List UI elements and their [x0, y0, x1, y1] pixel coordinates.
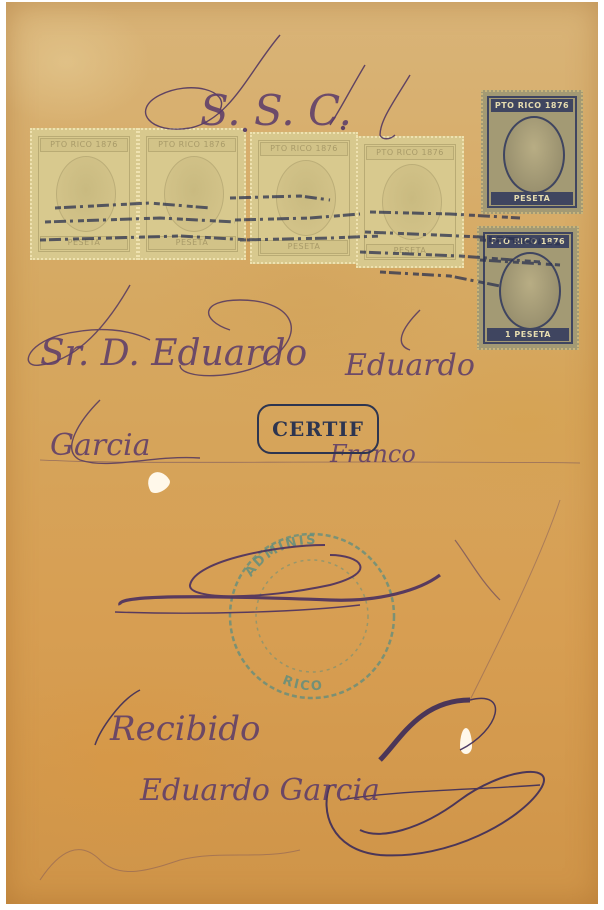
handwriting-top-mark [146, 35, 410, 139]
handwriting-addressee-line1: Eduardo [344, 348, 475, 383]
handwriting-receipt-line2: Eduardo Garcia [139, 773, 380, 808]
round-seal: ADMINIS RICO [230, 533, 394, 698]
handwriting-flourish [115, 540, 500, 613]
handwriting-addressee-line2: Garcia [50, 428, 150, 463]
svg-text:RICO: RICO [280, 673, 324, 694]
cancellation-bars [40, 196, 560, 286]
handwriting-receipt-line1: Recibido [109, 709, 261, 749]
ink-overlay: Eduardo Garcia Franco ADMINIS RICO Recib… [0, 0, 604, 910]
certificado-handstamp: CERTIF [257, 404, 379, 454]
certif-label: CERTIF [272, 417, 364, 441]
svg-text:ADMINIS: ADMINIS [242, 533, 317, 580]
